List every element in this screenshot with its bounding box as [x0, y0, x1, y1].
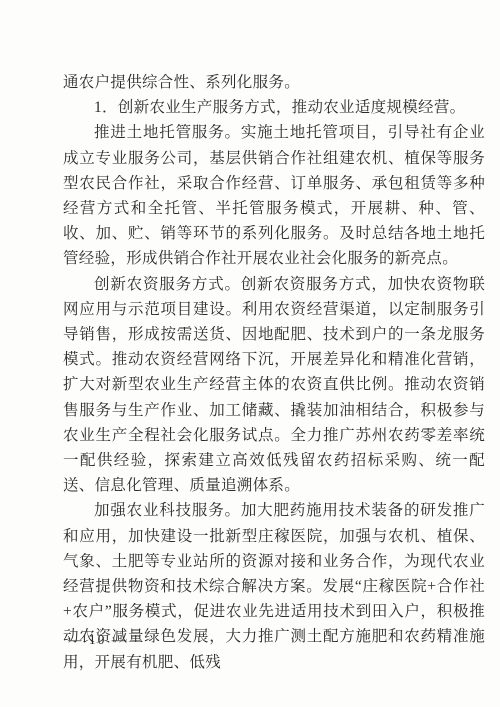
document-page: 通农户提供综合性、系列化服务。 1．创新农业生产服务方式，推动农业适度规模经营。…: [0, 0, 500, 707]
paragraph-agricultural-technology: 加强农业科技服务。加大肥药施用技术装备的研发推广和应用，加快建设一批新型庄稼医院…: [63, 498, 485, 674]
numbered-heading: 1．创新农业生产服务方式，推动农业适度规模经营。: [63, 95, 485, 120]
continuation-paragraph: 通农户提供综合性、系列化服务。: [63, 70, 485, 95]
paragraph-agricultural-supplies: 创新农资服务方式。创新农资服务方式，加快农资物联网应用与示范项目建设。利用农资经…: [63, 272, 485, 499]
paragraph-land-trusteeship: 推进土地托管服务。实施土地托管项目，引导社有企业成立专业服务公司，基层供销合作社…: [63, 120, 485, 271]
page-number: — 10 —: [68, 632, 127, 648]
text-block: 通农户提供综合性、系列化服务。 1．创新农业生产服务方式，推动农业适度规模经营。…: [63, 70, 485, 675]
